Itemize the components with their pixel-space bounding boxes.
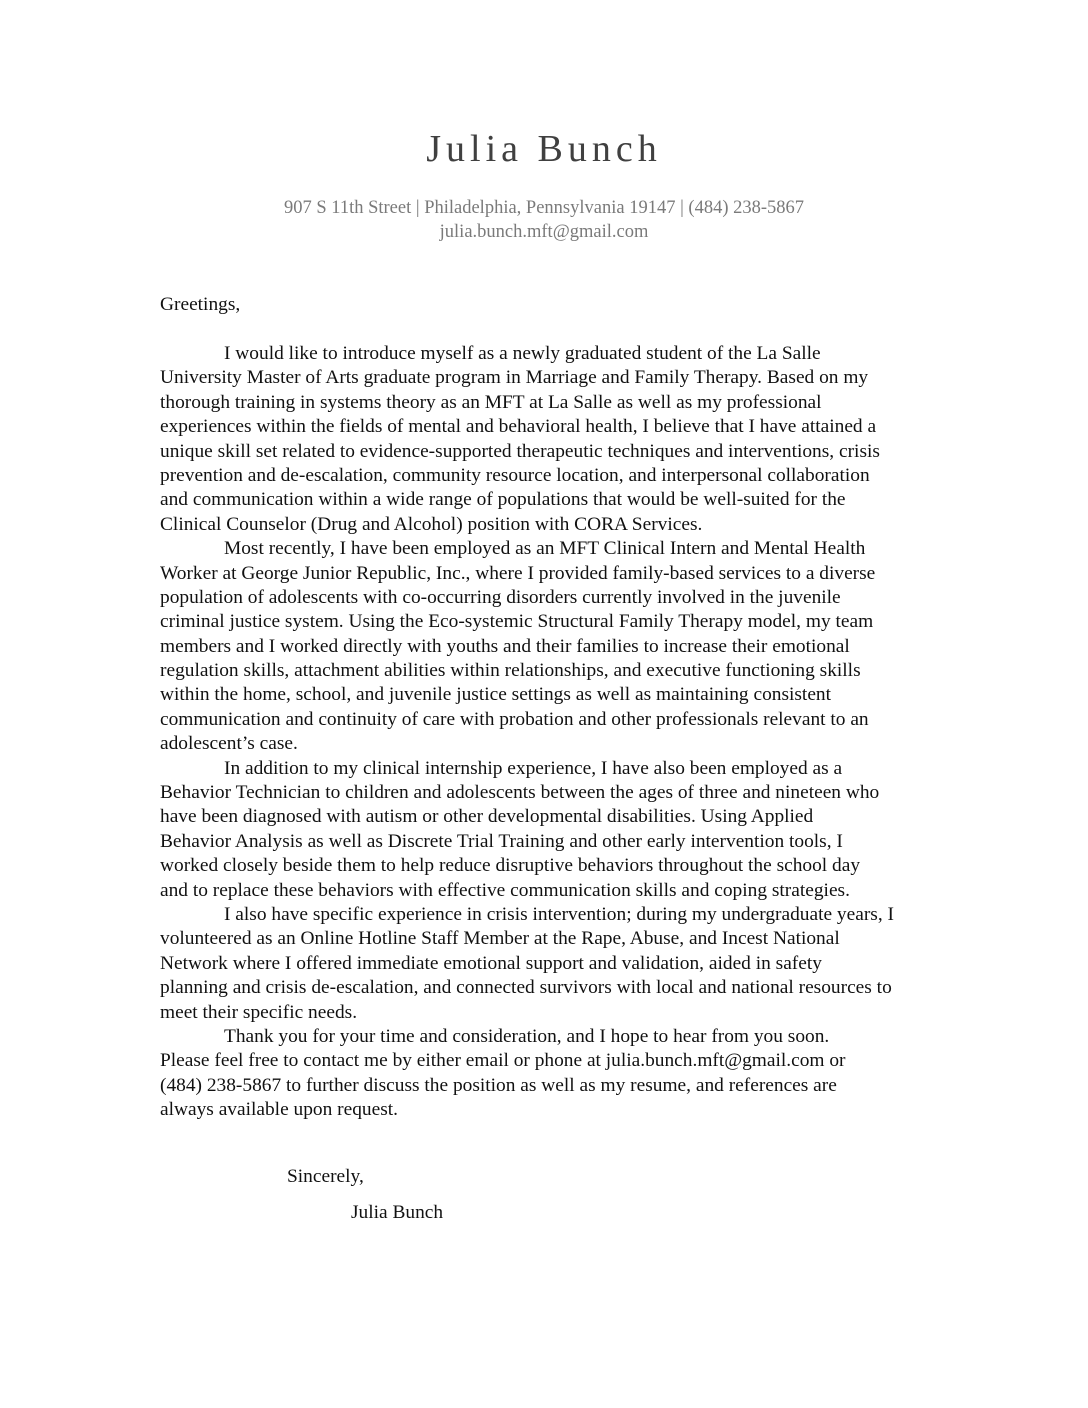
paragraph-line: experiences within the fields of mental … xyxy=(160,415,950,439)
paragraph-line: Network where I offered immediate emotio… xyxy=(160,952,950,976)
paragraph-line: criminal justice system. Using the Eco-s… xyxy=(160,610,950,634)
paragraph-line: Please feel free to contact me by either… xyxy=(160,1049,950,1073)
paragraph-line: and communication within a wide range of… xyxy=(160,488,950,512)
paragraph-line: Behavior Analysis as well as Discrete Tr… xyxy=(160,830,950,854)
paragraph: Thank you for your time and consideratio… xyxy=(160,1025,950,1123)
paragraph-line: volunteered as an Online Hotline Staff M… xyxy=(160,927,950,951)
paragraph-line: (484) 238-5867 to further discuss the po… xyxy=(160,1074,950,1098)
paragraph-line: I would like to introduce myself as a ne… xyxy=(160,342,950,366)
applicant-name: Julia Bunch xyxy=(0,126,1088,172)
paragraph: In addition to my clinical internship ex… xyxy=(160,757,950,903)
paragraph-line: planning and crisis de-escalation, and c… xyxy=(160,976,950,1000)
paragraph-line: always available upon request. xyxy=(160,1098,950,1122)
contact-email: julia.bunch.mft@gmail.com xyxy=(0,220,1088,244)
paragraph-line: and to replace these behaviors with effe… xyxy=(160,879,950,903)
signature: Julia Bunch xyxy=(351,1201,443,1225)
paragraph-line: worked closely beside them to help reduc… xyxy=(160,854,950,878)
paragraph-line: Worker at George Junior Republic, Inc., … xyxy=(160,562,950,586)
paragraph-line: adolescent’s case. xyxy=(160,732,950,756)
paragraph-line: meet their specific needs. xyxy=(160,1001,950,1025)
paragraph-line: I also have specific experience in crisi… xyxy=(160,903,950,927)
paragraph-line: In addition to my clinical internship ex… xyxy=(160,757,950,781)
paragraph-line: Behavior Technician to children and adol… xyxy=(160,781,950,805)
paragraph: Most recently, I have been employed as a… xyxy=(160,537,950,757)
cover-letter-page: Julia Bunch 907 S 11th Street | Philadel… xyxy=(0,0,1088,1408)
paragraph-line: within the home, school, and juvenile ju… xyxy=(160,683,950,707)
paragraph-line: Most recently, I have been employed as a… xyxy=(160,537,950,561)
paragraph-line: population of adolescents with co-occurr… xyxy=(160,586,950,610)
paragraph: I also have specific experience in crisi… xyxy=(160,903,950,1025)
closing: Sincerely, xyxy=(287,1165,364,1189)
paragraph-line: regulation skills, attachment abilities … xyxy=(160,659,950,683)
greeting: Greetings, xyxy=(160,293,240,317)
paragraph-line: communication and continuity of care wit… xyxy=(160,708,950,732)
letter-body: I would like to introduce myself as a ne… xyxy=(160,342,950,1123)
paragraph-line: thorough training in systems theory as a… xyxy=(160,391,950,415)
paragraph-line: members and I worked directly with youth… xyxy=(160,635,950,659)
paragraph-line: have been diagnosed with autism or other… xyxy=(160,805,950,829)
paragraph-line: Thank you for your time and consideratio… xyxy=(160,1025,950,1049)
paragraph-line: prevention and de-escalation, community … xyxy=(160,464,950,488)
paragraph-line: Clinical Counselor (Drug and Alcohol) po… xyxy=(160,513,950,537)
contact-address-phone: 907 S 11th Street | Philadelphia, Pennsy… xyxy=(0,196,1088,220)
paragraph-line: unique skill set related to evidence-sup… xyxy=(160,440,950,464)
paragraph-line: University Master of Arts graduate progr… xyxy=(160,366,950,390)
paragraph: I would like to introduce myself as a ne… xyxy=(160,342,950,537)
